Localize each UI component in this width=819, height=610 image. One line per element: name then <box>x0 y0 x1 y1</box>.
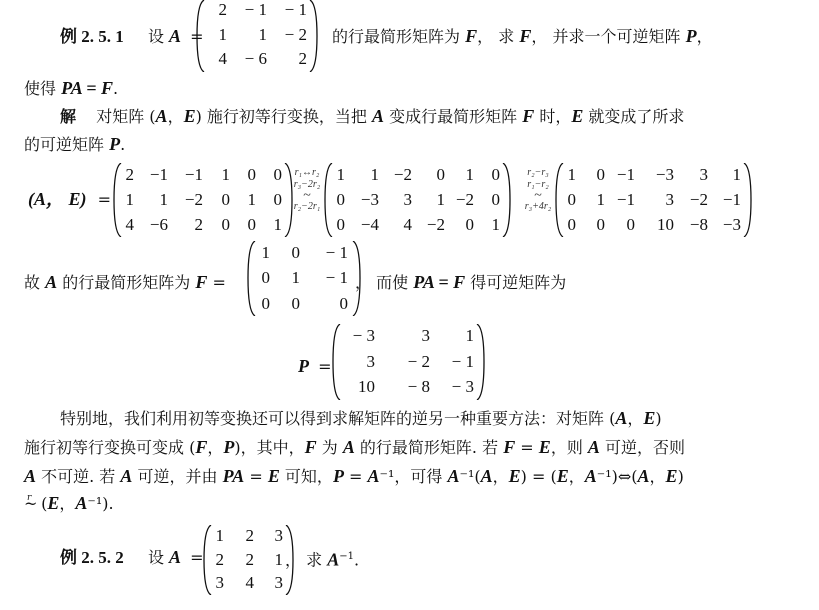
math-symbol: A <box>343 437 355 457</box>
text: 为 <box>317 438 343 457</box>
text: ) <box>678 467 684 486</box>
text: 特别地，我们利用初等变换还可以得到求解矩阵的逆另一种重要方法：对矩阵 ( <box>60 409 615 428</box>
math-symbol: A <box>481 466 493 486</box>
matrix-cell: 1 <box>212 524 224 548</box>
matrix-cell: 3 <box>254 571 283 595</box>
matrix-cell: 1 <box>412 187 445 212</box>
text: ， <box>207 438 223 457</box>
matrix-cell: 0 <box>203 212 230 237</box>
matrix-cell: − 1 <box>430 349 474 375</box>
right-paren <box>502 163 511 237</box>
solution-line1: 解 对矩阵 (A，E) 施行初等行变换，当把 A 变成行最简形矩阵 F 时，E … <box>60 106 684 127</box>
matrix-cell: − 1 <box>300 265 348 290</box>
matrix-cell: − 1 <box>267 0 307 23</box>
remark-line1: 特别地，我们利用初等变换还可以得到求解矩阵的逆另一种重要方法：对矩阵 (A，E) <box>60 408 662 429</box>
text: 施行初等行变换可变成 ( <box>24 438 195 457</box>
example-2-5-1-line2: 使得 PA = F. <box>24 78 118 99</box>
matrix-cell: 2 <box>267 47 307 72</box>
matrix-cell: 0 <box>230 212 256 237</box>
matrix-cell: 1 <box>333 162 345 187</box>
text: 的行最简形矩阵为 <box>62 273 190 292</box>
matrix-cell: 0 <box>412 162 445 187</box>
text: = <box>244 467 268 486</box>
text: ， <box>59 494 75 513</box>
text: 可逆，并由 <box>132 467 222 486</box>
text: ). <box>102 494 113 513</box>
matrix-cell: − 1 <box>227 0 267 23</box>
text: ，可得 <box>394 467 447 486</box>
matrix-grid: 123221343 <box>212 524 283 595</box>
matrix-symbol-A: A <box>169 26 181 46</box>
matrix-cell: −2 <box>168 187 203 212</box>
math-symbol: A <box>447 466 459 486</box>
text: ) <box>655 409 661 428</box>
matrix-cell: −1 <box>605 187 635 212</box>
row-operations-1: r₁↔r₂r₃−2r₂~r₂−2r₁ <box>289 167 325 213</box>
left-paren <box>332 324 341 400</box>
text: 得可逆矩阵为 <box>470 273 566 292</box>
math-symbol: A <box>615 408 627 428</box>
math-symbol: A <box>75 493 87 513</box>
matrix-cell: 1 <box>122 187 134 212</box>
symbol-A: A <box>169 547 181 567</box>
math-symbol: PA <box>223 466 245 486</box>
matrix-cell: − 3 <box>341 323 375 349</box>
matrix-cell: −6 <box>134 212 168 237</box>
matrix-cell: 0 <box>230 162 256 187</box>
text: ) 施行初等行变换，当把 <box>196 107 372 126</box>
matrix-F: 10− 101− 1000 <box>247 241 361 316</box>
left-paren <box>324 163 333 237</box>
math-symbol: E <box>557 466 569 486</box>
text: 的行最简形矩阵. 若 <box>355 438 503 457</box>
matrix-cell: 4 <box>122 212 134 237</box>
intro-text: 设 <box>148 548 164 567</box>
math-symbol: A <box>585 466 597 486</box>
text: 时， <box>534 107 571 126</box>
text: ) = ( <box>521 467 557 486</box>
row-equivalence-tilde: ~ <box>289 191 325 201</box>
matrix-cell: −1 <box>708 187 741 212</box>
symbol-F: F <box>195 272 207 292</box>
matrix-cell: −3 <box>708 212 741 237</box>
text: ， <box>650 467 666 486</box>
matrix-cell: − 3 <box>430 374 474 400</box>
math-symbol: P <box>223 437 234 457</box>
matrix-cell: 0 <box>300 291 348 316</box>
matrix-cell: 0 <box>474 162 500 187</box>
text: )，其中， <box>234 438 304 457</box>
symbol-A: A <box>45 272 57 292</box>
matrix-cell: − 1 <box>300 240 348 265</box>
example-2-5-1-tail: 的行最简形矩阵为 F， 求 F， 并求一个可逆矩阵 P， <box>332 26 713 47</box>
text: )⇔( <box>612 467 638 486</box>
matrix-grid: 2−1−110011−20104−62001 <box>122 162 282 237</box>
matrix-cell: 3 <box>341 349 375 375</box>
tilde-label: r <box>27 488 31 508</box>
matrix-cell: 1 <box>345 162 379 187</box>
matrix-grid: 11−20100−331−200−44−201 <box>333 162 500 237</box>
text: ， <box>627 409 643 428</box>
matrix-cell: 1 <box>445 162 474 187</box>
matrix-step3: 10−1−33101−13−2−100010−8−3 <box>555 163 752 237</box>
matrix-cell: 2 <box>224 524 254 548</box>
matrix-cell: −3 <box>345 187 379 212</box>
text: = <box>344 467 368 486</box>
matrix-cell: 1 <box>564 162 576 187</box>
matrix-cell: 1 <box>230 187 256 212</box>
matrix-cell: −1 <box>168 162 203 187</box>
matrix-AE: 2−1−110011−20104−62001 <box>113 163 293 237</box>
matrix-cell: 1 <box>270 265 300 290</box>
period: . <box>354 550 359 569</box>
conclusion-line: 故 A 的行最简形矩阵为 F = <box>24 272 226 293</box>
text: 的行最简形矩阵为 <box>332 27 460 46</box>
math-symbol: E <box>509 466 521 486</box>
text: 可逆，否则 <box>600 438 685 457</box>
matrix-cell: 0 <box>258 291 270 316</box>
text: 可知， <box>280 467 333 486</box>
example-label: 例 2. 5. 2 <box>60 548 124 567</box>
matrix-grid: 2− 1− 111− 24− 62 <box>207 0 307 72</box>
left-paren <box>247 241 256 316</box>
matrix-cell: 1 <box>474 212 500 237</box>
example-label: 例 2. 5. 1 <box>60 27 124 46</box>
math-symbol: A <box>638 466 650 486</box>
remark-line3: A 不可逆. 若 A 可逆，并由 PA = E 可知，P = A⁻¹，可得 A⁻… <box>24 466 684 487</box>
matrix-cell: 1 <box>203 162 230 187</box>
text: ， 求 <box>285 550 322 569</box>
matrix-cell: 0 <box>564 187 576 212</box>
matrix-cell: 0 <box>445 212 474 237</box>
text: 的可逆矩阵 <box>24 135 104 154</box>
expression-PA-eq-F: PA = F <box>61 78 113 98</box>
intro-text: 设 <box>148 27 164 46</box>
row-operation-label: r₂−2r₁ <box>289 201 325 213</box>
inverse-superscript: −1 <box>339 551 354 562</box>
solution-text: 对矩阵 (A，E) 施行初等行变换，当把 A 变成行最简形矩阵 F 时，E 就变… <box>96 107 684 126</box>
matrix-cell: 0 <box>576 212 605 237</box>
matrix-cell: −1 <box>605 162 635 187</box>
AE-label: (A， E) <box>28 189 87 209</box>
math-symbol: E <box>268 466 280 486</box>
right-paren <box>743 163 752 237</box>
inverse-superscript: ⁻¹ <box>87 494 102 513</box>
expression-PA-eq-F: PA = F <box>413 272 465 292</box>
matrix-cell: 2 <box>168 212 203 237</box>
matrix-cell: 0 <box>605 212 635 237</box>
matrix-cell: 10 <box>635 212 674 237</box>
matrix-cell: 2 <box>224 548 254 572</box>
math-symbol: A <box>372 106 384 126</box>
period: . <box>120 135 125 154</box>
matrix-cell: 0 <box>333 187 345 212</box>
row-operations-2: r₂−r₃r₁−r₂~r₃+4r₂ <box>520 167 556 213</box>
matrix-cell: 3 <box>635 187 674 212</box>
text: ， 而使 <box>355 273 408 292</box>
matrix-cell: − 2 <box>375 349 430 375</box>
symbol-P: P <box>298 356 309 376</box>
matrix-cell: 4 <box>379 212 412 237</box>
text: 不可逆. 若 <box>36 467 120 486</box>
matrix-A-example1: 2− 1− 111− 24− 62 <box>196 0 318 72</box>
text: ( <box>36 494 47 513</box>
matrix-cell: −2 <box>445 187 474 212</box>
remark-line2: 施行初等行变换可变成 (F，P)，其中，F 为 A 的行最简形矩阵. 若 F =… <box>24 437 685 458</box>
right-paren <box>309 0 318 72</box>
solution-line2: 的可逆矩阵 P. <box>24 134 125 155</box>
left-paren <box>203 525 212 595</box>
example-2-5-1-header: 例 2. 5. 1 设 A = <box>60 26 204 47</box>
row-equivalence-tilde: ~ <box>520 191 556 201</box>
matrix-cell: 2 <box>212 548 224 572</box>
math-symbol: E <box>666 466 678 486</box>
matrix-cell: −2 <box>412 212 445 237</box>
row-operation-label: r₁↔r₂ <box>289 167 325 179</box>
math-symbol: F <box>503 437 515 457</box>
math-symbol: E <box>47 493 59 513</box>
matrix-cell: 0 <box>270 291 300 316</box>
matrix-cell: 1 <box>430 323 474 349</box>
matrix-P: − 3313− 2− 110− 8− 3 <box>332 324 485 400</box>
matrix-cell: 0 <box>258 265 270 290</box>
symbol-A: A <box>327 549 339 569</box>
matrix-grid: 10−1−33101−13−2−100010−8−3 <box>564 162 741 237</box>
matrix-cell: 4 <box>224 571 254 595</box>
equals-sign: = <box>318 357 331 376</box>
left-paren <box>113 163 122 237</box>
math-symbol: E <box>643 408 655 428</box>
math-symbol: E <box>184 106 196 126</box>
matrix-cell: 3 <box>212 571 224 595</box>
text: 对矩阵 ( <box>96 107 155 126</box>
augmented-matrix-label: (A， E) = <box>28 189 111 210</box>
text: 并求一个可逆矩阵 <box>552 27 680 46</box>
matrix-cell: 1 <box>134 187 168 212</box>
matrix-cell: − 6 <box>227 47 267 72</box>
matrix-cell: 3 <box>674 162 708 187</box>
matrix-cell: 1 <box>254 548 283 572</box>
matrix-grid: − 3313− 2− 110− 8− 3 <box>341 323 474 400</box>
matrix-cell: −3 <box>635 162 674 187</box>
comma: ， <box>697 27 713 46</box>
math-symbol: E <box>539 437 551 457</box>
solution-label: 解 <box>60 107 76 126</box>
matrix-cell: −8 <box>674 212 708 237</box>
text: 变成行最简形矩阵 <box>384 107 522 126</box>
matrix-cell: 0 <box>256 187 282 212</box>
math-symbol: A <box>24 466 36 486</box>
matrix-cell: 0 <box>270 240 300 265</box>
text: ，则 <box>551 438 588 457</box>
matrix-cell: 0 <box>203 187 230 212</box>
matrix-cell: 0 <box>564 212 576 237</box>
row-equivalence-tilde: r~ <box>24 494 36 514</box>
matrix-cell: 0 <box>576 162 605 187</box>
text: ， <box>168 107 184 126</box>
math-symbol: F <box>305 437 317 457</box>
matrix-cell: 0 <box>474 187 500 212</box>
matrix-cell: 10 <box>341 374 375 400</box>
symbol-F: F <box>519 26 531 46</box>
equals-sign: = <box>190 548 203 567</box>
text: 就变成了所求 <box>583 107 684 126</box>
right-paren <box>476 324 485 400</box>
comma: ， <box>531 27 547 46</box>
matrix-cell: −2 <box>379 162 412 187</box>
text: 求 <box>498 27 514 46</box>
matrix-cell: −4 <box>345 212 379 237</box>
matrix-cell: 1 <box>258 240 270 265</box>
matrix-A-example2: 123221343 <box>203 525 294 595</box>
inverse-superscript: ⁻¹ <box>380 467 395 486</box>
equals-sign: = <box>212 273 225 292</box>
inverse-superscript: ⁻¹ <box>460 467 475 486</box>
math-symbol: P <box>333 466 344 486</box>
matrix-cell: 4 <box>207 47 227 72</box>
text: ， <box>569 467 585 486</box>
matrix-cell: 2 <box>207 0 227 23</box>
math-symbol: A <box>120 466 132 486</box>
matrix-step2: 11−20100−331−200−44−201 <box>324 163 511 237</box>
text: ， <box>493 467 509 486</box>
left-paren <box>196 0 205 72</box>
matrix-cell: 0 <box>256 162 282 187</box>
matrix-cell: 1 <box>256 212 282 237</box>
row-operation-label: r₃+4r₂ <box>520 201 556 213</box>
row-operation-label: r₂−r₃ <box>520 167 556 179</box>
symbol-P: P <box>686 26 697 46</box>
period: . <box>113 79 118 98</box>
left-paren <box>555 163 564 237</box>
matrix-cell: 2 <box>122 162 134 187</box>
math-symbol: A <box>156 106 168 126</box>
matrix-cell: −2 <box>674 187 708 212</box>
matrix-cell: −1 <box>134 162 168 187</box>
matrix-cell: 3 <box>254 524 283 548</box>
math-symbol: A <box>368 466 380 486</box>
matrix-cell: − 8 <box>375 374 430 400</box>
matrix-cell: 1 <box>227 23 267 48</box>
text: 故 <box>24 273 40 292</box>
remark-line4: r~ (E，A⁻¹). <box>24 493 114 514</box>
matrix-cell: 1 <box>207 23 227 48</box>
text: = <box>515 438 539 457</box>
matrix-cell: 1 <box>708 162 741 187</box>
math-symbol: A <box>588 437 600 457</box>
matrix-cell: − 2 <box>267 23 307 48</box>
matrix-cell: 3 <box>375 323 430 349</box>
math-symbol: E <box>571 106 583 126</box>
text: 使得 <box>24 79 56 98</box>
math-symbol: F <box>522 106 534 126</box>
example-2-5-2-header: 例 2. 5. 2 设 A = <box>60 547 204 568</box>
P-label: P = <box>298 356 332 377</box>
matrix-cell: 0 <box>333 212 345 237</box>
matrix-cell: 1 <box>576 187 605 212</box>
matrix-grid: 10− 101− 1000 <box>258 240 348 316</box>
comma: ， <box>477 27 493 46</box>
example-2-5-2-tail: ， 求 A−1. <box>285 547 359 570</box>
equals-sign: = <box>98 190 111 209</box>
matrix-cell: 3 <box>379 187 412 212</box>
conclusion-tail: ， 而使 PA = F 得可逆矩阵为 <box>355 272 566 293</box>
inverse-superscript: ⁻¹ <box>597 467 612 486</box>
symbol-P: P <box>109 134 120 154</box>
symbol-F: F <box>465 26 477 46</box>
math-symbol: F <box>195 437 207 457</box>
